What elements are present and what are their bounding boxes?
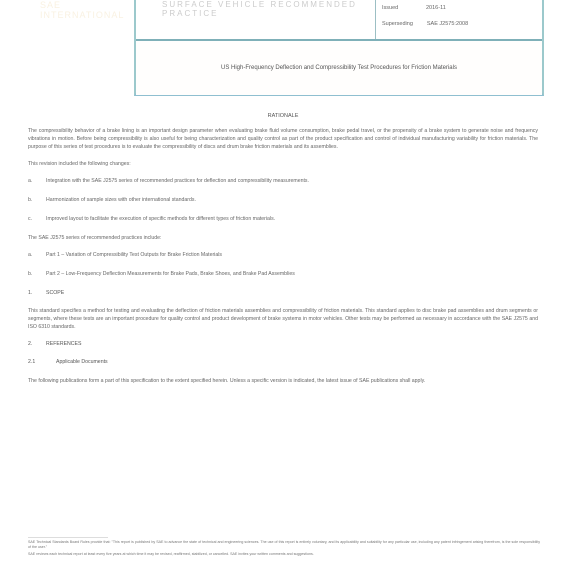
scope-heading: 1. SCOPE — [28, 289, 538, 297]
scope-paragraph: This standard specifies a method for tes… — [28, 307, 538, 331]
series-item: a. Part 1 – Variation of Compressibility… — [28, 251, 538, 259]
footer-line: SAE reviews each technical report at lea… — [28, 552, 540, 557]
field-value: SAE J2575:2008 — [427, 21, 468, 27]
rationale-heading: RATIONALE — [28, 112, 538, 121]
field-label: Superseding — [382, 21, 413, 27]
header-fields-cell: Issued 2016-11 Superseding SAE J2575:200… — [380, 0, 538, 39]
document-title: US High-Frequency Deflection and Compres… — [136, 41, 542, 95]
document-body: RATIONALE The compressibility behavior o… — [28, 112, 538, 394]
document-header-box: SURFACE VEHICLE RECOMMENDED PRACTICE Iss… — [134, 0, 544, 96]
references-heading: 2. REFERENCES — [28, 340, 538, 348]
publisher-logo: SAE INTERNATIONAL — [40, 0, 120, 30]
footer-divider — [28, 537, 108, 538]
applicable-documents-paragraph: The following publications form a part o… — [28, 377, 538, 385]
series-item: b. Part 2 – Low-Frequency Deflection Mea… — [28, 270, 538, 278]
field-value: 2016-11 — [426, 5, 446, 11]
footer-line: SAE Technical Standards Board Rules prov… — [28, 540, 540, 550]
rationale-paragraph: The compressibility behavior of a brake … — [28, 127, 538, 151]
header-doc-type-cell: SURFACE VEHICLE RECOMMENDED PRACTICE — [136, 0, 376, 39]
change-item: c. Improved layout to facilitate the exe… — [28, 215, 538, 223]
field-label: Issued — [382, 5, 412, 11]
header-top-row: SURFACE VEHICLE RECOMMENDED PRACTICE Iss… — [136, 0, 542, 41]
header-field-issued: Issued 2016-11 — [382, 5, 446, 11]
legal-footer: SAE Technical Standards Board Rules prov… — [28, 540, 540, 560]
document-page: SAE INTERNATIONAL SURFACE VEHICLE RECOMM… — [0, 0, 570, 570]
change-item: a. Integration with the SAE J2575 series… — [28, 177, 538, 185]
revision-intro: This revision included the following cha… — [28, 160, 538, 168]
change-item: b. Harmonization of sample sizes with ot… — [28, 196, 538, 204]
header-field-superseding: Superseding SAE J2575:2008 — [382, 21, 468, 27]
document-type: SURFACE VEHICLE RECOMMENDED PRACTICE — [162, 0, 375, 18]
applicable-documents-heading: 2.1 Applicable Documents — [28, 358, 538, 366]
series-intro: The SAE J2575 series of recommended prac… — [28, 234, 538, 242]
